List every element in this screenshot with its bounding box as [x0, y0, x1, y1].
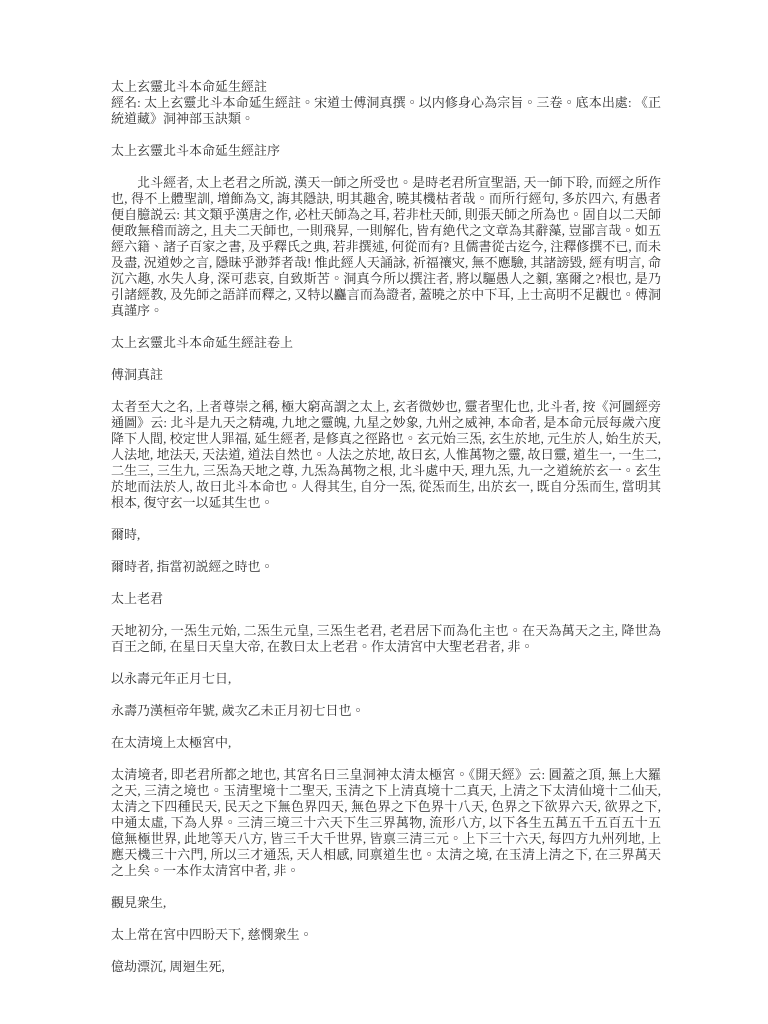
document-page: 太上玄靈北斗本命延生經註經名: 太上玄靈北斗本命延生經註。宋道士傅洞真撰。以内修…: [0, 0, 768, 1024]
lemma-yijie-piaochen: 億劫漂沉, 周迴生死,: [111, 959, 661, 975]
lemma-yongshou-date: 以永壽元年正月七日,: [111, 671, 661, 687]
annotator-line: 傅洞真註: [111, 367, 661, 383]
commentary-yongshou-date: 永壽乃漢桓帝年號, 歲次乙未正月初七日也。: [111, 703, 661, 719]
commentary-guanjian-zhongsheng: 太上常在宮中四盼天下, 慈憫衆生。: [111, 927, 661, 943]
lemma-taishang-laojun: 太上老君: [111, 591, 661, 607]
preface-heading: 太上玄靈北斗本命延生經註序: [111, 143, 661, 159]
doc-title: 太上玄靈北斗本命延生經註: [111, 79, 661, 95]
commentary-title-terms: 太者至大之名, 上者尊崇之稱, 極大窮高謂之太上, 玄者微妙也, 靈者聖化也, …: [111, 399, 661, 511]
preface-paragraph: 北斗經者, 太上老君之所説, 漢天一師之所受也。是時老君所宣聖語, 天一師下聆,…: [111, 175, 661, 319]
lemma-taiqing-palace: 在太清境上太極宮中,: [111, 735, 661, 751]
commentary-taishang-laojun: 天地初分, 一炁生元始, 二炁生元皇, 三炁生老君, 老君居下而為化主也。在天為…: [111, 623, 661, 655]
lemma-ershi: 爾時,: [111, 527, 661, 543]
commentary-ershi: 爾時者, 指當初説經之時也。: [111, 559, 661, 575]
volume-heading: 太上玄靈北斗本命延生經註卷上: [111, 335, 661, 351]
document-body: 太上玄靈北斗本命延生經註經名: 太上玄靈北斗本命延生經註。宋道士傅洞真撰。以内修…: [111, 79, 661, 991]
commentary-taiqing-palace: 太清境者, 即老君所都之地也, 其宮名曰三皇洞神太清太極宮。《開天經》云: 圓蓋…: [111, 767, 661, 879]
doc-colophon: 經名: 太上玄靈北斗本命延生經註。宋道士傅洞真撰。以内修身心為宗旨。三卷。底本出…: [111, 95, 661, 127]
lemma-guanjian-zhongsheng: 觀見衆生,: [111, 895, 661, 911]
